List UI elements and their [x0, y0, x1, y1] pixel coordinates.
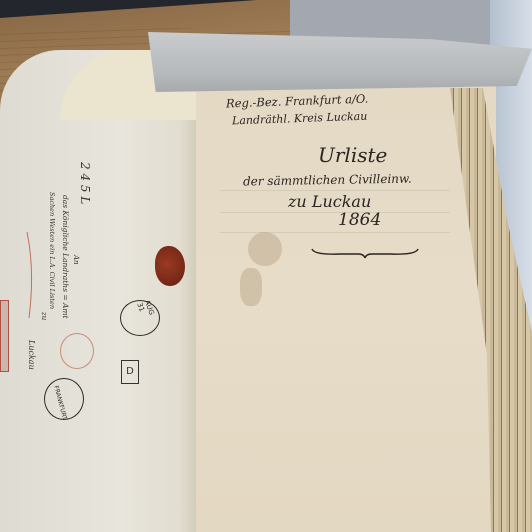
envelope-reference: 2 4 5 L	[78, 162, 92, 204]
postmark-city: FRANKFURT	[52, 385, 68, 421]
document-location: zu Luckau	[288, 192, 371, 211]
envelope-city: Luckau	[27, 340, 36, 370]
envelope-address-zu: zu	[40, 312, 48, 320]
water-stain	[240, 268, 262, 306]
document-title: Urliste	[318, 143, 387, 167]
ruled-line	[220, 212, 450, 213]
postmark-stamp: AUG 31	[120, 300, 160, 336]
flourish-ornament	[310, 245, 420, 259]
document-year: 1864	[338, 210, 381, 230]
red-label	[0, 300, 9, 372]
box-stamp: D	[121, 360, 139, 384]
ruled-line	[220, 190, 450, 191]
water-stain	[248, 232, 282, 266]
envelope-note: Sachen Westen ein L.A. Civil Listen	[48, 192, 56, 309]
red-postmark	[60, 333, 94, 369]
envelope-address-an: An	[72, 255, 80, 265]
frankfurt-postmark: FRANKFURT	[44, 378, 84, 420]
ruled-line	[220, 232, 450, 233]
envelope-address: das Königliche Landraths = Amt	[61, 195, 70, 319]
wax-seal	[155, 246, 185, 286]
document-subtitle: der sämmtlichen Civilleinw.	[243, 172, 412, 189]
red-pencil-mark	[25, 230, 37, 320]
